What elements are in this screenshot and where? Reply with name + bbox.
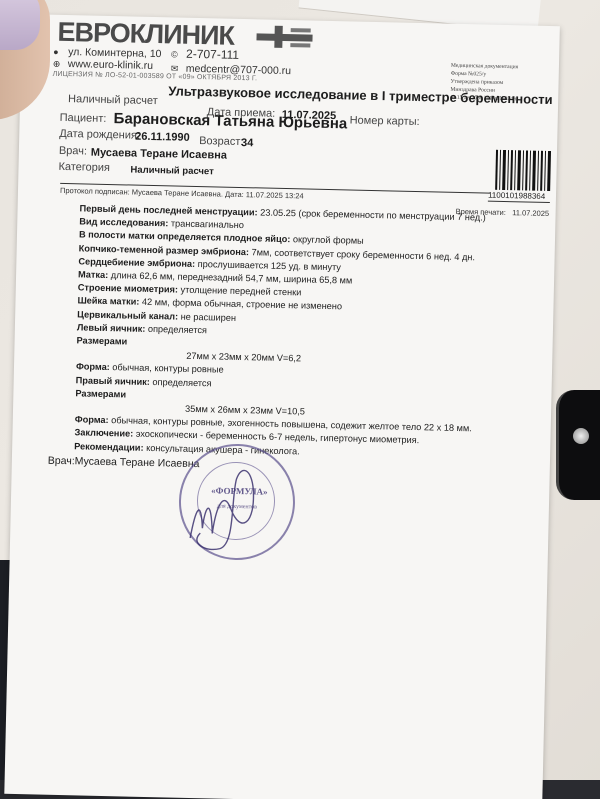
payment-type: Наличный расчет [68, 93, 158, 107]
location-pin-icon: ● [53, 47, 63, 57]
barcode [495, 150, 551, 191]
phone-icon: © [171, 49, 181, 59]
finding-label: Форма: [76, 362, 110, 373]
divider [488, 201, 550, 203]
car-key [556, 390, 600, 500]
car-key-button [573, 428, 589, 444]
finding-label: Правый яичник: [76, 375, 150, 387]
finding-value: 35мм x 26мм x 23мм V=10,5 [185, 404, 305, 417]
finding-value: определяется [152, 377, 211, 388]
finding-label: Размерами [76, 335, 127, 346]
clinic-phone: ©2-707-111 [171, 46, 239, 62]
barcode-number: 1100101988364 [488, 191, 545, 201]
doctor-name: Мусаева Теране Исаевна [91, 147, 227, 162]
finding-value: 27мм x 23мм x 20мм V=6,2 [186, 351, 301, 364]
finding-label: Вид исследования: [79, 217, 168, 229]
findings-list: Первый день последней менструации: 23.05… [74, 202, 540, 463]
finding-value: обычная, контуры ровные [112, 363, 223, 376]
finding-value: прослушивается 125 уд. в минуту [198, 259, 341, 272]
finding-label: Размерами [75, 388, 126, 399]
finding-label: Сердцебиение эмбриона: [78, 256, 195, 269]
finding-value: не расширен [181, 311, 237, 322]
globe-icon: ⊕ [53, 59, 63, 70]
finding-value: округлой формы [293, 235, 364, 247]
finding-label: Левый яичник: [77, 322, 146, 334]
finding-label: Цервикальный канал: [77, 309, 178, 321]
finding-label: Шейка матки: [77, 296, 139, 307]
birth-date-label: Дата рождения: [59, 128, 140, 142]
clinic-website: ⊕www.euro-klinik.ru [53, 58, 153, 72]
category-value: Наличный расчет [130, 165, 214, 178]
category-label: Категория [58, 161, 110, 174]
medical-document: ЕВРОКЛИНИК ●ул. Коминтерна, 10 ⊕www.euro… [4, 14, 560, 799]
finding-label: Заключение: [74, 428, 133, 439]
clinic-logo-cross-icon [256, 25, 312, 48]
finding-label: Копчико-теменной размер эмбриона: [79, 243, 250, 257]
age: 34 [241, 137, 254, 149]
finding-value: определяется [148, 324, 207, 335]
finding-label: Форма: [75, 415, 109, 426]
handwritten-signature [160, 447, 302, 560]
patient-label: Пациент: [60, 112, 107, 125]
card-number-label: Номер карты: [350, 114, 420, 128]
finding-label: Рекомендации: [74, 441, 144, 453]
finding-label: Строение миометрия: [78, 283, 178, 295]
age-label: Возраст: [199, 135, 243, 148]
finding-value: трансвагинально [171, 219, 244, 231]
birth-date: 26.11.1990 [135, 131, 190, 144]
finding-value: утолщение передней стенки [180, 285, 301, 298]
finding-label: Матка: [78, 269, 108, 280]
doctor-label: Врач: [59, 145, 87, 158]
